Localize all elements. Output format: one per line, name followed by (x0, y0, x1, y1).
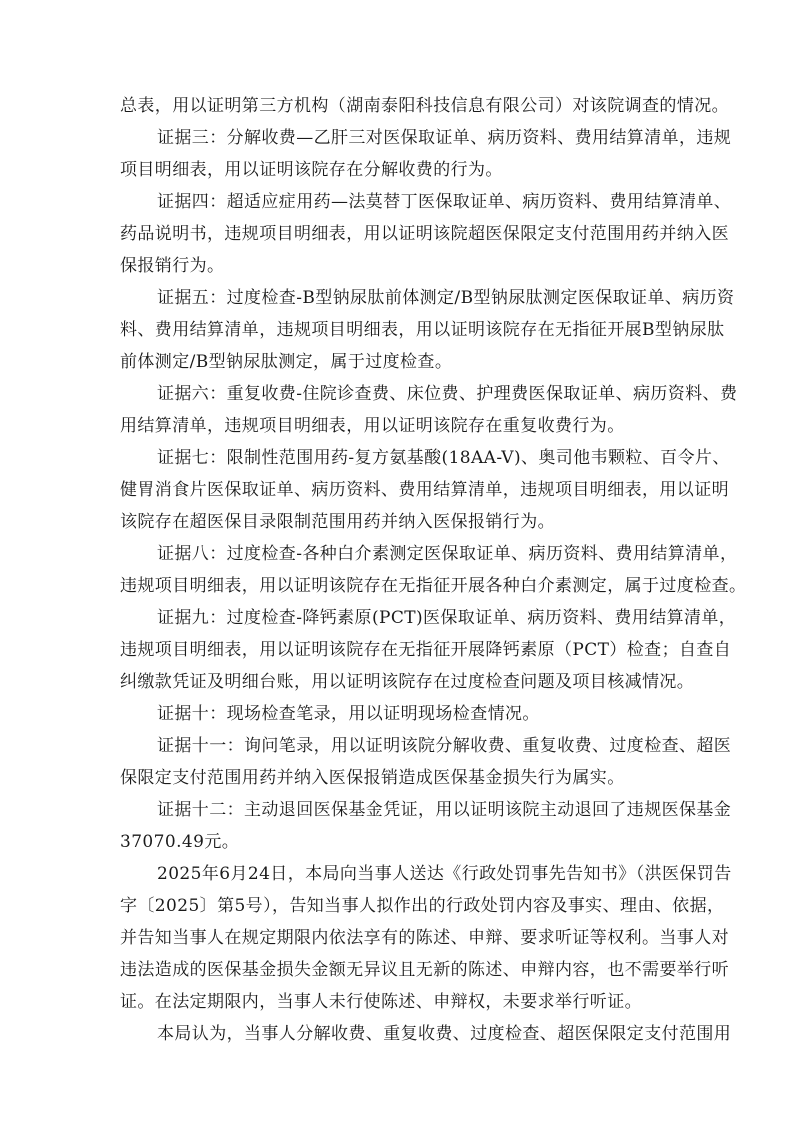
text-line: 总表，用以证明第三方机构（湖南泰阳科技信息有限公司）对该院调查的情况。 (120, 90, 675, 122)
text-line: 违法造成的医保基金损失金额无异议且无新的陈述、申辩内容，也不需要举行听 (120, 954, 675, 986)
text-line: 证据十：现场检查笔录，用以证明现场检查情况。 (120, 698, 675, 730)
text-line: 证。在法定期限内，当事人未行使陈述、申辩权，未要求举行听证。 (120, 986, 675, 1018)
para-evidence-12: 证据十二：主动退回医保基金凭证，用以证明该院主动退回了违规医保基金37070.4… (120, 794, 675, 858)
para-evidence-6: 证据六：重复收费-住院诊查费、床位费、护理费医保取证单、病历资料、费用结算清单，… (120, 378, 675, 442)
para-evidence-8: 证据八：过度检查-各种白介素测定医保取证单、病历资料、费用结算清单，违规项目明细… (120, 538, 675, 602)
text-line: 违规项目明细表，用以证明该院存在无指征开展降钙素原（PCT）检查；自查自 (120, 634, 675, 666)
text-line: 料、费用结算清单，违规项目明细表，用以证明该院存在无指征开展B型钠尿肽 (120, 314, 675, 346)
document-page: 总表，用以证明第三方机构（湖南泰阳科技信息有限公司）对该院调查的情况。证据三：分… (0, 0, 793, 1122)
text-line: 项目明细表，用以证明该院存在分解收费的行为。 (120, 154, 675, 186)
para-evidence-7: 证据七：限制性范围用药-复方氨基酸(18AA-V)、奥司他韦颗粒、百令片、健胃消… (120, 442, 675, 538)
para-evidence-4: 证据四：超适应症用药—法莫替丁医保取证单、病历资料、费用结算清单、药品说明书，违… (120, 186, 675, 282)
text-line: 证据七：限制性范围用药-复方氨基酸(18AA-V)、奥司他韦颗粒、百令片、 (120, 442, 675, 474)
text-line: 前体测定/B型钠尿肽测定，属于过度检查。 (120, 346, 675, 378)
para-evidence-10: 证据十：现场检查笔录，用以证明现场检查情况。 (120, 698, 675, 730)
text-line: 证据九：过度检查-降钙素原(PCT)医保取证单、病历资料、费用结算清单， (120, 602, 675, 634)
text-line: 证据八：过度检查-各种白介素测定医保取证单、病历资料、费用结算清单， (120, 538, 675, 570)
text-line: 纠缴款凭证及明细台账，用以证明该院存在过度检查问题及项目核减情况。 (120, 666, 675, 698)
para-evidence-3: 证据三：分解收费—乙肝三对医保取证单、病历资料、费用结算清单，违规项目明细表，用… (120, 122, 675, 186)
text-line: 证据十二：主动退回医保基金凭证，用以证明该院主动退回了违规医保基金 (120, 794, 675, 826)
text-line: 证据三：分解收费—乙肝三对医保取证单、病历资料、费用结算清单，违规 (120, 122, 675, 154)
text-line: 药品说明书，违规项目明细表，用以证明该院超医保限定支付范围用药并纳入医 (120, 218, 675, 250)
document-body: 总表，用以证明第三方机构（湖南泰阳科技信息有限公司）对该院调查的情况。证据三：分… (120, 90, 675, 1050)
text-line: 字〔2025〕第5号），告知当事人拟作出的行政处罚内容及事实、理由、依据， (120, 890, 675, 922)
text-line: 37070.49元。 (120, 826, 675, 858)
text-line: 证据六：重复收费-住院诊查费、床位费、护理费医保取证单、病历资料、费 (120, 378, 675, 410)
text-line: 健胃消食片医保取证单、病历资料、费用结算清单，违规项目明细表，用以证明 (120, 474, 675, 506)
para-evidence-11: 证据十一：询问笔录，用以证明该院分解收费、重复收费、过度检查、超医保限定支付范围… (120, 730, 675, 794)
text-line: 证据十一：询问笔录，用以证明该院分解收费、重复收费、过度检查、超医 (120, 730, 675, 762)
text-line: 并告知当事人在规定期限内依法享有的陈述、申辩、要求听证等权利。当事人对 (120, 922, 675, 954)
text-line: 保报销行为。 (120, 250, 675, 282)
text-line: 该院存在超医保目录限制范围用药并纳入医保报销行为。 (120, 506, 675, 538)
text-line: 证据五：过度检查-B型钠尿肽前体测定/B型钠尿肽测定医保取证单、病历资 (120, 282, 675, 314)
para-summary-tail: 总表，用以证明第三方机构（湖南泰阳科技信息有限公司）对该院调查的情况。 (120, 90, 675, 122)
text-line: 证据四：超适应症用药—法莫替丁医保取证单、病历资料、费用结算清单、 (120, 186, 675, 218)
text-line: 2025年6月24日，本局向当事人送达《行政处罚事先告知书》（洪医保罚告 (120, 858, 675, 890)
text-line: 保限定支付范围用药并纳入医保报销造成医保基金损失行为属实。 (120, 762, 675, 794)
text-line: 违规项目明细表，用以证明该院存在无指征开展各种白介素测定，属于过度检查。 (120, 570, 675, 602)
text-line: 用结算清单，违规项目明细表，用以证明该院存在重复收费行为。 (120, 410, 675, 442)
para-evidence-5: 证据五：过度检查-B型钠尿肽前体测定/B型钠尿肽测定医保取证单、病历资料、费用结… (120, 282, 675, 378)
para-notice: 2025年6月24日，本局向当事人送达《行政处罚事先告知书》（洪医保罚告字〔20… (120, 858, 675, 1018)
text-line: 本局认为，当事人分解收费、重复收费、过度检查、超医保限定支付范围用 (120, 1018, 675, 1050)
para-evidence-9: 证据九：过度检查-降钙素原(PCT)医保取证单、病历资料、费用结算清单，违规项目… (120, 602, 675, 698)
para-conclusion: 本局认为，当事人分解收费、重复收费、过度检查、超医保限定支付范围用 (120, 1018, 675, 1050)
